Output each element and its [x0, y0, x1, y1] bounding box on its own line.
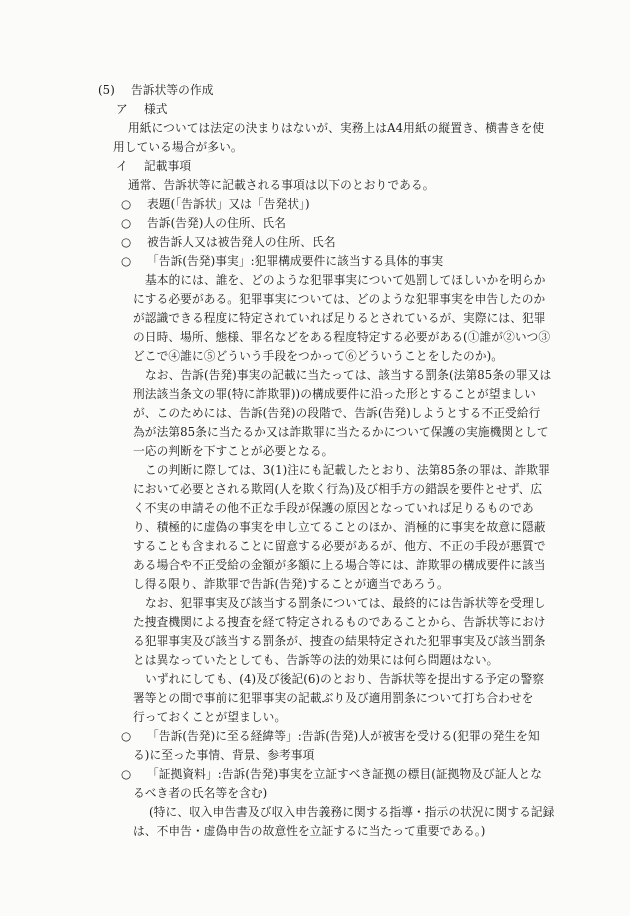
- bullet-text: 表題(「告訴状」又は「告発状」): [147, 197, 310, 211]
- section-heading: イ記載事項: [116, 157, 630, 176]
- bullet-text: 「告訴(告発)に至る経緯等」:告訴(告発)人が被害を受ける(犯罪の発生を知: [147, 729, 540, 743]
- text-line: 署等との間で事前に犯罪事実の記載ぶり及び適用罰条について打ち合わせを: [133, 689, 630, 708]
- text-line: いずれにしても、(4)及び後記(6)のとおり、告訴状等を提出する予定の警察: [145, 670, 630, 689]
- bullet-item-line: ○「告訴(告発)に至る経緯等」:告訴(告発)人が被害を受ける(犯罪の発生を知: [121, 727, 630, 746]
- bullet-text: 告訴(告発)人の住所、氏名: [147, 216, 286, 230]
- bullet-marker-icon: ○: [121, 214, 147, 233]
- bullet-marker-icon: ○: [121, 252, 147, 271]
- bullet-item-line: ○「証拠資料」:告訴(告発)事実を立証すべき証拠の標目(証拠物及び証人とな: [121, 765, 630, 784]
- text-line: が、このためには、告訴(告発)の段階で、告訴(告発)しようとする不正受給行: [133, 404, 630, 423]
- bullet-text: る)に至った事情、背景、参考事項: [133, 748, 314, 762]
- heading-text: 記載事項: [144, 159, 191, 173]
- bullet-marker-icon: ○: [121, 727, 147, 746]
- heading-label: ア: [116, 100, 144, 119]
- heading-label: イ: [116, 157, 144, 176]
- bullet-marker-icon: ○: [121, 233, 147, 252]
- bullet-item-line: ○告訴(告発)人の住所、氏名: [121, 214, 630, 233]
- text-line: 用紙については法定の決まりはないが、実務上はA4用紙の縦置き、横書きを使: [128, 119, 630, 138]
- heading-text: 様式: [144, 102, 168, 116]
- bullet-item-line: ○「告訴(告発)事実」:犯罪構成要件に該当する具体的事実: [121, 252, 630, 271]
- document-page: (5)告訴状等の作成ア様式用紙については法定の決まりはないが、実務上はA4用紙の…: [0, 0, 630, 916]
- bullet-marker-icon: ○: [121, 765, 147, 784]
- heading-label: (5): [98, 81, 131, 100]
- bullet-text: るべき者の氏名等を含む): [133, 786, 267, 800]
- text-line: ある場合や不正受給の金額が多額に上る場合等には、詐欺罪の構成要件に該当: [133, 556, 630, 575]
- text-line: この判断に際しては、3(1)注にも記載したとおり、法第85条の罪は、詐欺罪: [145, 461, 630, 480]
- bullet-text: 被告訴人又は被告発人の住所、氏名: [147, 235, 336, 249]
- bullet-marker-icon: ○: [121, 195, 147, 214]
- text-line: なお、犯罪事実及び該当する罰条については、最終的には告訴状等を受理し: [145, 594, 630, 613]
- bullet-item-line: るべき者の氏名等を含む): [133, 784, 630, 803]
- text-line: にする必要がある。犯罪事実については、どのような犯罪事実を申告したのか: [133, 290, 630, 309]
- text-line: (特に、収入申告書及び収入申告義務に関する指導・指示の状況に関する記録: [149, 803, 630, 822]
- bullet-item-line: る)に至った事情、背景、参考事項: [133, 746, 630, 765]
- text-line: どこで④誰に⑤どういう手段をつかって⑥どういうことをしたのか)。: [133, 347, 630, 366]
- text-line: 為が法第85条に当たるか又は詐欺罪に当たるかについて保護の実施機関として: [133, 423, 630, 442]
- text-line: 基本的には、誰を、どのような犯罪事実について処罰してほしいかを明らか: [145, 271, 630, 290]
- bullet-item-line: ○表題(「告訴状」又は「告発状」): [121, 195, 630, 214]
- text-line: なお、告訴(告発)事実の記載に当たっては、該当する罰条(法第85条の罪又は: [145, 366, 630, 385]
- text-line: く不実の申請その他不正な手段が保護の原因となっていれば足りるものであ: [133, 499, 630, 518]
- section-heading: (5)告訴状等の作成: [98, 81, 630, 100]
- text-line: 用している場合が多い。: [113, 138, 630, 157]
- text-line: は、不申告・虚偽申告の故意性を立証するに当たって重要である。): [133, 822, 630, 841]
- text-line: が認識できる程度に特定されていれば足りるとされているが、実際には、犯罪: [133, 309, 630, 328]
- text-line: 一応の判断を下すことが必要となる。: [133, 442, 630, 461]
- document-blocks: (5)告訴状等の作成ア様式用紙については法定の決まりはないが、実務上はA4用紙の…: [0, 81, 630, 841]
- text-line: することも含まれることに留意する必要があるが、他方、不正の手段が悪質で: [133, 537, 630, 556]
- heading-text: 告訴状等の作成: [131, 83, 214, 97]
- text-line: において必要とされる欺罔(人を欺く行為)及び相手方の錯誤を要件とせず、広: [133, 480, 630, 499]
- text-line: とは異なっていたとしても、告訴等の法的効果には何ら問題はない。: [133, 651, 630, 670]
- text-line: し得る限り、詐欺罪で告訴(告発)することが適当であろう。: [133, 575, 630, 594]
- bullet-item-line: ○被告訴人又は被告発人の住所、氏名: [121, 233, 630, 252]
- bullet-text: 「証拠資料」:告訴(告発)事実を立証すべき証拠の標目(証拠物及び証人とな: [147, 767, 542, 781]
- text-line: 刑法該当条文の罪(特に詐欺罪))の構成要件に沿った形とすることが望ましい: [133, 385, 630, 404]
- bullet-text: 「告訴(告発)事実」:犯罪構成要件に該当する具体的事実: [147, 254, 443, 268]
- text-line: た捜査機関による捜査を経て特定されるものであることから、告訴状等におけ: [133, 613, 630, 632]
- text-line: 通常、告訴状等に記載される事項は以下のとおりである。: [128, 176, 630, 195]
- text-line: り、積極的に虚偽の事実を申し立てることのほか、消極的に事実を故意に隠蔽: [133, 518, 630, 537]
- text-line: る犯罪事実及び該当する罰条が、捜査の結果特定された犯罪事実及び該当罰条: [133, 632, 630, 651]
- section-heading: ア様式: [116, 100, 630, 119]
- text-line: の日時、場所、態様、罪名などをある程度特定する必要がある(①誰が②いつ③: [133, 328, 630, 347]
- text-line: 行っておくことが望ましい。: [133, 708, 630, 727]
